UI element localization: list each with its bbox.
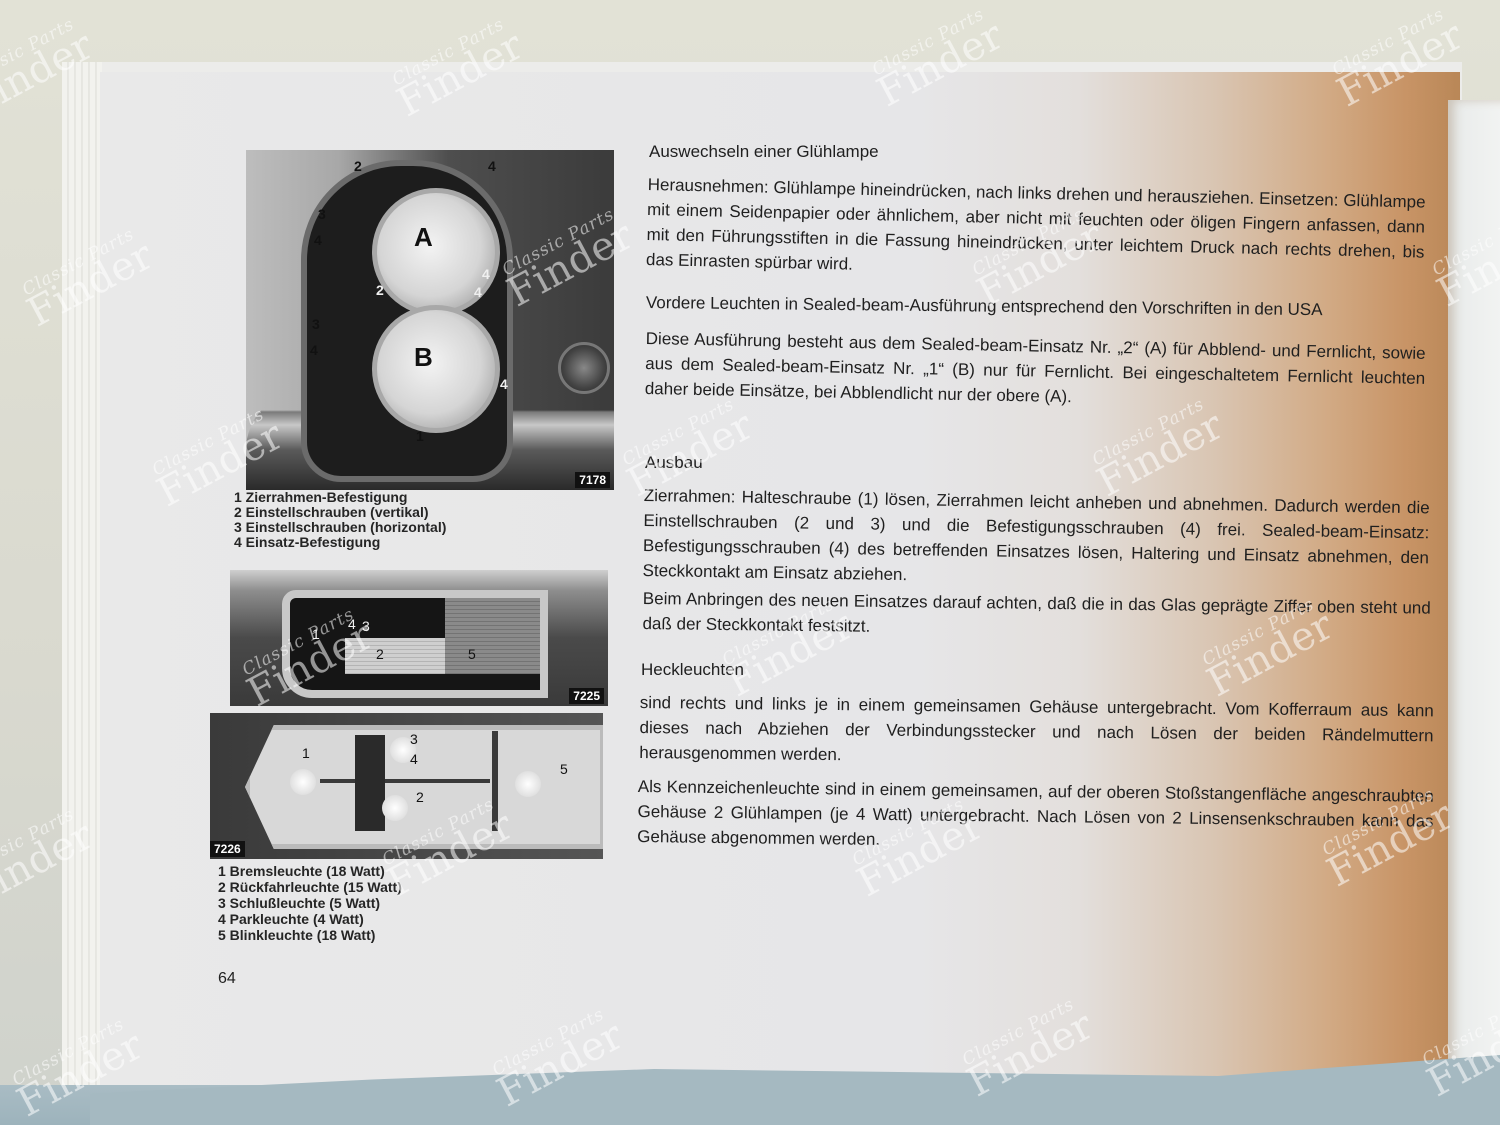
callout: 2 [354,158,362,174]
headlamp-photo: A B 2 4 3 4 4 2 4 3 4 4 1 7178 [246,150,614,490]
callout: 2 [416,789,424,805]
callout: 4 [474,284,482,300]
figure-number: 7178 [575,472,610,488]
section-heading: Heckleuchten [641,660,744,680]
caption-item: 4 Parkleuchte (4 Watt) [218,911,402,927]
bulb-2 [382,795,408,821]
bulb-5 [515,771,541,797]
lens-label-a: A [414,222,433,253]
callout: 2 [376,646,384,662]
bulb-holder-bar [320,779,490,783]
tail-light-caption: 1 Bremsleuchte (18 Watt) 2 Rückfahrleuch… [218,863,402,943]
figure-number: 7225 [569,688,604,704]
tail-light-frame [282,590,548,698]
paragraph: Als Kennzeichenleuchte sind in einem gem… [637,774,1434,859]
indicator-lens [445,598,540,674]
headlamp-caption: 1 Zierrahmen-Befestigung 2 Einstellschra… [234,490,446,550]
caption-item: 2 Rückfahrleuchte (15 Watt) [218,879,402,895]
caption-item: 4 Einsatz-Befestigung [234,535,446,550]
paragraph: Herausnehmen: Glühlampe hineindrücken, n… [646,172,1426,290]
sealed-beam-b [372,305,500,433]
section-heading: Ausbau [645,453,703,473]
facing-page-edge [1448,100,1500,1100]
bulb-1 [290,769,316,795]
paragraph: Zierrahmen: Halteschraube (1) lösen, Zie… [642,483,1429,595]
caption-item: 3 Einstellschrauben (horizontal) [234,520,446,535]
callout: 4 [348,616,356,632]
callout: 4 [314,232,322,248]
callout: 1 [302,745,310,761]
lens-label-b: B [414,342,433,373]
section-heading: Auswechseln einer Glühlampe [649,142,879,162]
tail-light-open-photo: 1 3 4 2 5 7226 [210,713,603,859]
callout: 5 [560,761,568,777]
socket-cluster [355,735,385,831]
paragraph: sind rechts und links je in einem gemein… [639,690,1434,773]
callout: 4 [500,376,508,392]
caption-item: 1 Bremsleuchte (18 Watt) [218,863,402,879]
callout: 1 [312,626,320,642]
callout: 5 [468,646,476,662]
caption-item: 5 Blinkleuchte (18 Watt) [218,927,402,943]
callout: 1 [416,428,424,444]
callout: 3 [312,316,320,332]
callout: 4 [310,342,318,358]
tail-light-closed-photo: 1 4 3 2 5 7225 [230,570,608,706]
caption-item: 2 Einstellschrauben (vertikal) [234,505,446,520]
callout: 4 [488,158,496,174]
figure-number: 7226 [210,841,245,857]
fog-light [558,342,610,394]
caption-item: 1 Zierrahmen-Befestigung [234,490,446,505]
paragraph: Beim Anbringen des neuen Einsatzes darau… [642,586,1431,646]
callout: 3 [318,206,326,222]
callout: 3 [362,618,370,634]
callout: 3 [410,731,418,747]
divider-bar [492,731,498,831]
paragraph: Diese Ausführung besteht aus dem Sealed-… [645,326,1426,416]
reverse-lens [345,638,445,674]
callout: 4 [482,266,490,282]
callout: 2 [376,282,384,298]
page-number: 64 [218,970,236,988]
caption-item: 3 Schlußleuchte (5 Watt) [218,895,402,911]
page-edges [62,62,102,1112]
callout: 4 [410,751,418,767]
